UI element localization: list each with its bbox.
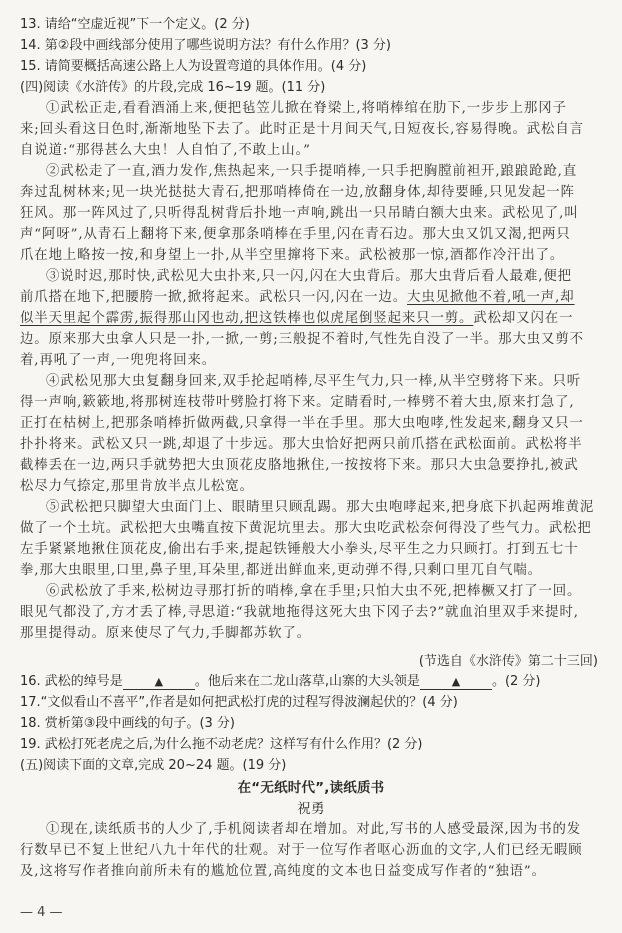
- answer-blank-1[interactable]: ▲: [123, 675, 195, 690]
- p3-line: 似半天里起个霹雳,振得那山冈也动,把这铁棒也似虎尾倒竖起来只一剪。武松却又闪在一: [20, 309, 610, 329]
- p1-line: ①武松正走,看看酒涌上来,便把毡笠儿掀在脊梁上,将哨棒绾在肋下,一步步上那冈子: [46, 99, 610, 119]
- p4-line: 扑扑将来。武松又只一跳,却退了十步远。那大虫恰好把两只前爪搭在武松面前。武松将半: [20, 435, 610, 455]
- p3-line: ③说时迟,那时快,武松见大虫扑来,只一闪,闪在大虫背后。那大虫背后看人最难,便把: [46, 267, 610, 287]
- source-citation: (节选自《水浒传》第二十三回): [419, 652, 598, 672]
- p3-line: 着,再吼了一声,一兜兜将回来。: [20, 351, 610, 371]
- p4-line: 正打在枯树上,把那条哨棒折做两截,只拿得一半在手里。那大虫咆哮,性发起来,翻身又…: [20, 414, 610, 434]
- exam-page: 13. 请给“空虚近视”下一个定义。(2 分) 14. 第②段中画线部分使用了哪…: [0, 0, 622, 933]
- p4-line: ④武松见那大虫复翻身回来,双手抡起哨棒,尽平生气力,只一棒,从半空劈将下来。只听: [46, 372, 610, 392]
- page-number: — 4 —: [20, 905, 63, 920]
- p5-line: 拳,那大虫眼里,口里,鼻子里,耳朵里,都迸出鲜血来,更动弹不得,只剩口里兀自气喘…: [20, 561, 610, 581]
- answer-blank-2[interactable]: ▲: [420, 675, 492, 690]
- section-4-heading: (四)阅读《水浒传》的片段,完成 16~19 题。(11 分): [20, 78, 610, 98]
- p6-line: 眼见气都没了,方才丢了棒,寻思道:“我就地拖得这死大虫下冈子去?”就血泊里双手来…: [20, 603, 610, 623]
- question-17: 17.“文似看山不喜平”,作者是如何把武松打虎的过程写得波澜起伏的？(4 分): [20, 693, 610, 713]
- p6-line: 那里提得动。原来使尽了气力,手脚都苏软了。: [20, 624, 610, 644]
- p2-line: 奔过乱树林来;见一块光挞挞大青石,把那哨棒倚在一边,放翻身体,却待要睡,只见发起…: [20, 183, 610, 203]
- q16-score: 。(2 分): [492, 674, 541, 689]
- question-19: 19. 武松打死老虎之后,为什么拖不动老虎？这样写有什么作用？(2 分): [20, 735, 610, 755]
- q16-text: 。他后来在二龙山落草,山寨的大头领是: [195, 674, 420, 689]
- p5-line: ⑤武松把只脚望大虫面门上、眼睛里只顾乱踢。那大虫咆哮起来,把身底下扒起两堆黄泥: [46, 498, 610, 518]
- p2-line: 狂风。那一阵风过了,只听得乱树背后扑地一声响,跳出一只吊睛白额大虫来。武松见了,…: [20, 204, 610, 224]
- underlined-sentence: 似半天里起个霹雳,振得那山冈也动,把这铁棒也似虎尾倒竖起来只一剪。: [20, 311, 473, 326]
- p1-line: 来;回头看这日色时,渐渐地坠下去了。此时正是十月间天气,日短夜长,容易得晚。武松…: [20, 120, 610, 140]
- article-author: 祝勇: [0, 799, 622, 819]
- q16-text: 16. 武松的绰号是: [20, 674, 123, 689]
- p2-line: 声“阿呀”,从青石上翻将下来,便拿那条哨棒在手里,闪在青石边。那大虫又饥又渴,把…: [20, 225, 610, 245]
- article-title: 在“无纸时代”,读纸质书: [0, 778, 622, 798]
- underlined-sentence: 大虫见掀他不着,吼一声,却: [407, 290, 575, 305]
- p3-plain-text: 前爪搭在地下,把腰胯一掀,掀将起来。武松只一闪,闪在一边。: [20, 290, 407, 305]
- question-16: 16. 武松的绰号是▲。他后来在二龙山落草,山寨的大头领是▲。(2 分): [20, 672, 610, 692]
- p6-line: ⑥武松放了手来,松树边寻那打折的哨棒,拿在手里;只怕大虫不死,把棒橛又打了一回。: [46, 582, 610, 602]
- p5-line: 做了一个土坑。武松把大虫嘴直按下黄泥坑里去。那大虫吃武松奈何得没了些气力。武松把: [20, 519, 610, 539]
- p5-line: 左手紧紧地揪住顶花皮,偷出右手来,提起铁锤般大小拳头,尽平生之力只顾打。打到五七…: [20, 540, 610, 560]
- p4-line: 截棒丢在一边,两只手就势把大虫顶花皮胳地揪住,一按按将下来。那只大虫急要挣扎,被…: [20, 456, 610, 476]
- question-14: 14. 第②段中画线部分使用了哪些说明方法？有什么作用？(3 分): [20, 36, 610, 56]
- p3-line: 边。原来那大虫拿人只是一扑,一掀,一剪;三般捉不着时,气性先自没了一半。那大虫又…: [20, 330, 610, 350]
- question-18: 18. 赏析第③段中画线的句子。(3 分): [20, 714, 610, 734]
- section-5-heading: (五)阅读下面的文章,完成 20~24 题。(19 分): [20, 756, 610, 776]
- triangle-icon: ▲: [452, 675, 460, 688]
- p3-line: 前爪搭在地下,把腰胯一掀,掀将起来。武松只一闪,闪在一边。大虫见掀他不着,吼一声…: [20, 288, 610, 308]
- p3-plain-text: 武松却又闪在一: [473, 311, 573, 326]
- p4-line: 得一声响,簌簌地,将那树连枝带叶劈脸打将下来。定睛看时,一棒劈不着大虫,原来打急…: [20, 393, 610, 413]
- p1-line: 自说道:“那得甚么大虫！人自怕了,不敢上山。”: [20, 141, 610, 161]
- p4-line: 松尽力气捺定,那里肯放半点儿松宽。: [20, 477, 610, 497]
- s5-p1-line: 行数早已不复上世纪八九十年代的壮观。对于一位写作者呕心沥血的文字,人们已经无暇顾: [20, 841, 610, 861]
- question-15: 15. 请简要概括高速公路上人为设置弯道的具体作用。(4 分): [20, 57, 610, 77]
- question-13: 13. 请给“空虚近视”下一个定义。(2 分): [20, 15, 610, 35]
- triangle-icon: ▲: [155, 675, 163, 688]
- s5-p1-line: 及,这将写作者推向前所未有的尴尬位置,高纯度的文本也日益变成写作者的“独语”。: [20, 862, 610, 882]
- s5-p1-line: ①现在,读纸质书的人少了,手机阅读者却在增加。对此,写书的人感受最深,因为书的发: [46, 820, 610, 840]
- p2-line: 爪在地上略按一按,和身望上一扑,从半空里撺将下来。武松被那一惊,酒都作冷汗出了。: [20, 246, 610, 266]
- p2-line: ②武松走了一直,酒力发作,焦热起来,一只手提哨棒,一只手把胸膛前袒开,踉踉跄跄,…: [46, 162, 610, 182]
